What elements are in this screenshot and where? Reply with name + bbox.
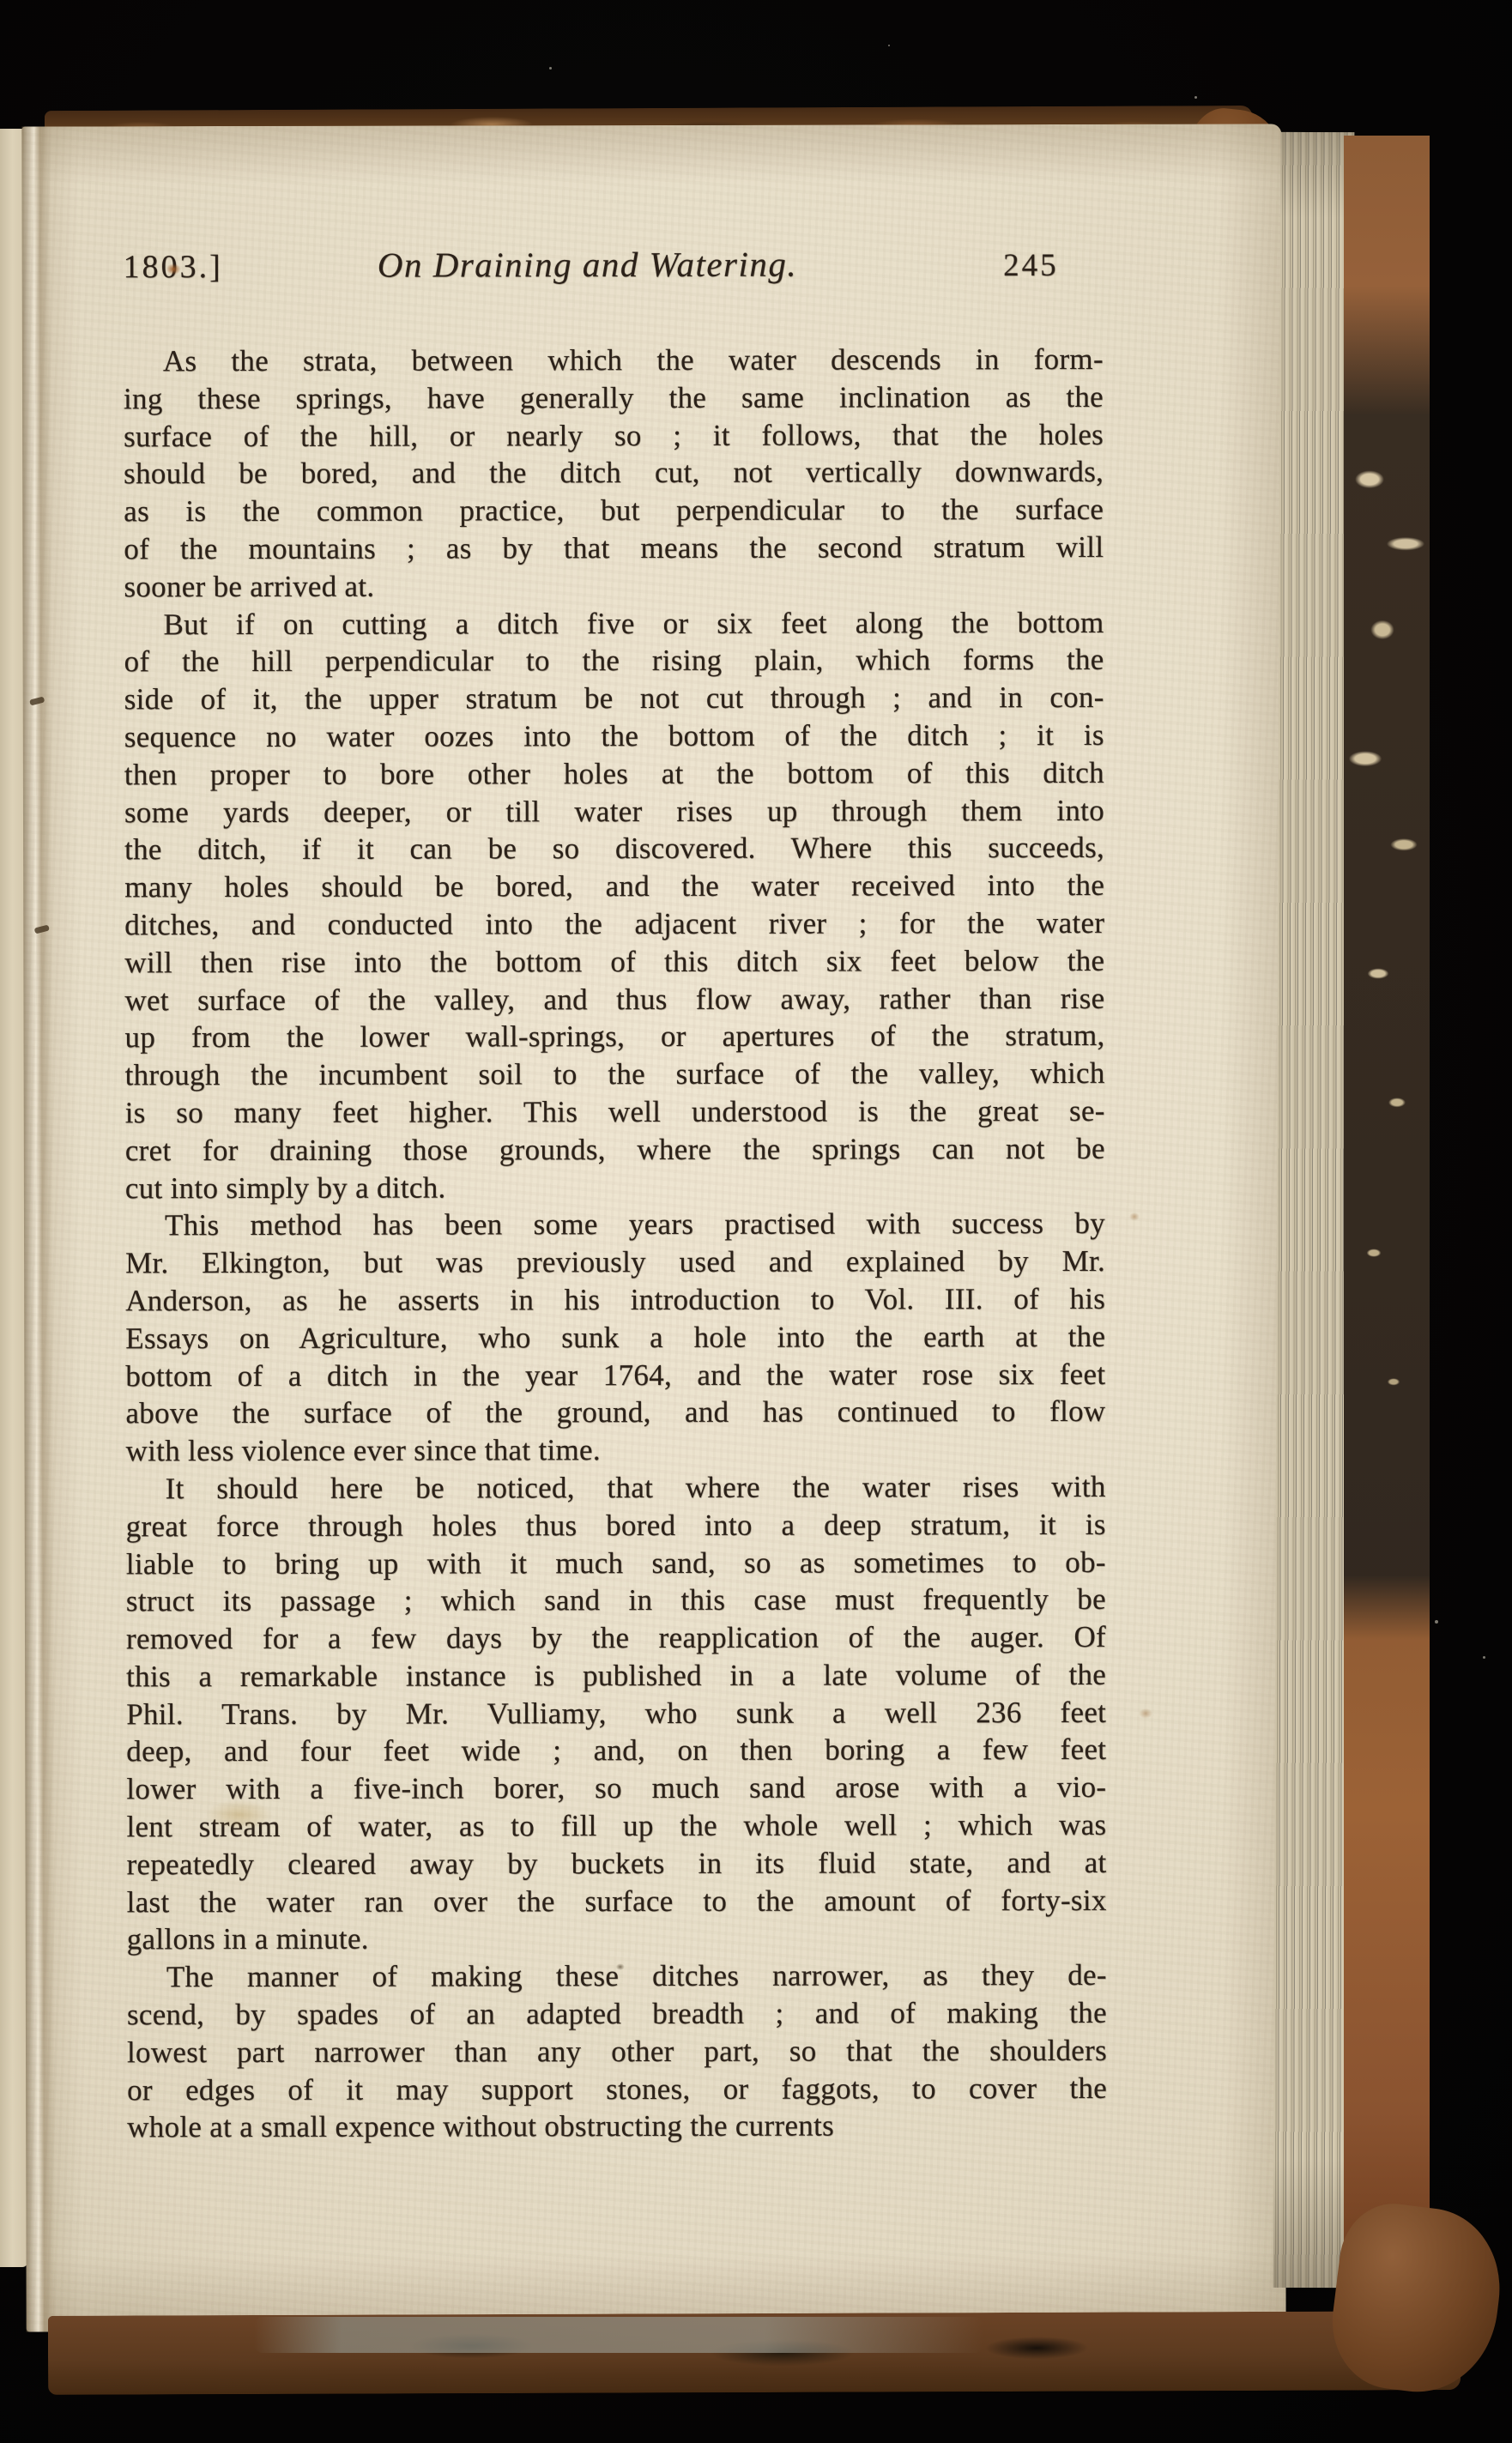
text-line: this a remarkable instance is published … xyxy=(126,1656,1106,1696)
dust-speck xyxy=(549,67,552,70)
text-line: with less violence ever since that time. xyxy=(125,1430,1105,1470)
text-line: as is the common practice, but perpendic… xyxy=(124,491,1104,530)
text-line: or edges of it may support stones, or fa… xyxy=(127,2070,1107,2109)
text-line: The manner of making these ditches narro… xyxy=(127,1956,1107,1996)
body-text: As the strata, between which the water d… xyxy=(124,341,1107,2147)
text-line: whole at a small expence without obstruc… xyxy=(127,2107,1107,2146)
paragraph: The manner of making these ditches narro… xyxy=(127,1956,1107,2146)
paragraph: As the strata, between which the water d… xyxy=(124,341,1104,606)
text-line: Anderson, as he asserts in his introduct… xyxy=(125,1280,1105,1320)
gutter-seam xyxy=(21,126,55,2331)
text-line: last the water ran over the surface to t… xyxy=(127,1882,1107,1921)
book-page: 1803.] On Draining and Watering. 245 As … xyxy=(21,124,1285,2331)
page-number: 245 xyxy=(1003,247,1059,284)
text-line: many holes should be bored, and the wate… xyxy=(124,867,1104,906)
text-line: struct its passage ; which sand in this … xyxy=(126,1581,1106,1620)
foxing-stain xyxy=(1129,1212,1140,1221)
text-line: sequence no water oozes into the bottom … xyxy=(124,717,1104,756)
paragraph: It should here be noticed, that where th… xyxy=(126,1468,1107,1959)
paragraph: But if on cutting a ditch five or six fe… xyxy=(124,603,1104,1206)
marbled-cover-edge xyxy=(1344,136,1430,2284)
text-line: It should here be noticed, that where th… xyxy=(126,1468,1106,1508)
text-line: lent stream of water, as to fill up the … xyxy=(126,1806,1106,1846)
bottom-edge-smear xyxy=(254,2317,983,2353)
running-title: On Draining and Watering. xyxy=(378,244,797,286)
text-line: great force through holes thus bored int… xyxy=(126,1506,1106,1545)
text-line: ing these springs, have generally the sa… xyxy=(124,378,1104,418)
text-line: then proper to bore other holes at the b… xyxy=(124,754,1104,794)
text-line: will then rise into the bottom of this d… xyxy=(124,942,1104,982)
text-line: wet surface of the valley, and thus flow… xyxy=(124,979,1104,1019)
text-line: of the mountains ; as by that means the … xyxy=(124,529,1104,568)
text-line: As the strata, between which the water d… xyxy=(124,341,1104,380)
text-line: side of it, the upper stratum be not cut… xyxy=(124,679,1104,718)
book-bottom-right-corner xyxy=(1325,2198,1509,2401)
foxing-stain xyxy=(1139,1708,1152,1719)
text-line: up from the lower wall-springs, or apert… xyxy=(124,1017,1104,1056)
dust-speck xyxy=(1435,1620,1438,1624)
text-line: should be bored, and the ditch cut, not … xyxy=(124,453,1104,493)
fore-edge-pages xyxy=(1273,132,1355,2288)
text-line: through the incumbent soil to the surfac… xyxy=(125,1055,1105,1094)
text-line: scend, by spades of an adapted breadth ;… xyxy=(127,1994,1107,2034)
text-line: sooner be arrived at. xyxy=(124,566,1104,606)
text-line: ditches, and conducted into the adjacent… xyxy=(124,904,1104,944)
text-line: cret for draining those grounds, where t… xyxy=(125,1130,1105,1170)
text-line: cut into simply by a ditch. xyxy=(125,1167,1105,1206)
text-line: gallons in a minute. xyxy=(127,1919,1107,1958)
text-line: Phil. Trans. by Mr. Vulliamy, who sunk a… xyxy=(126,1694,1106,1733)
text-line: the ditch, if it can be so discovered. W… xyxy=(124,829,1104,868)
scanned-book-photo: 1803.] On Draining and Watering. 245 As … xyxy=(0,0,1512,2443)
text-line: liable to bring up with it much sand, so… xyxy=(126,1543,1106,1582)
text-line: is so many feet higher. This well unders… xyxy=(125,1092,1105,1132)
text-line: lowest part narrower than any other part… xyxy=(127,2032,1107,2071)
page-header: 1803.] On Draining and Watering. 245 xyxy=(124,243,1104,286)
text-line: lower with a five-inch borer, so much sa… xyxy=(126,1769,1106,1808)
paragraph: This method has been some years practise… xyxy=(125,1205,1106,1470)
dust-speck xyxy=(1483,1656,1485,1659)
dust-speck xyxy=(1194,96,1197,99)
text-line: removed for a few days by the reapplicat… xyxy=(126,1618,1106,1658)
text-line: bottom of a ditch in the year 1764, and … xyxy=(125,1355,1105,1394)
text-line: Mr. Elkington, but was previously used a… xyxy=(125,1243,1105,1282)
dust-speck xyxy=(888,45,890,46)
text-line: But if on cutting a ditch five or six fe… xyxy=(124,603,1104,643)
text-line: surface of the hill, or nearly so ; it f… xyxy=(124,415,1104,455)
text-line: repeatedly cleared away by buckets in it… xyxy=(127,1844,1107,1884)
text-line: of the hill perpendicular to the rising … xyxy=(124,641,1104,680)
text-line: some yards deeper, or till water rises u… xyxy=(124,791,1104,831)
text-line: deep, and four feet wide ; and, on then … xyxy=(126,1731,1106,1770)
text-line: Essays on Agriculture, who sunk a hole i… xyxy=(125,1318,1105,1358)
text-line: This method has been some years practise… xyxy=(125,1205,1105,1244)
header-year-label: 1803.] xyxy=(124,248,223,286)
text-line: above the surface of the ground, and has… xyxy=(125,1393,1105,1432)
